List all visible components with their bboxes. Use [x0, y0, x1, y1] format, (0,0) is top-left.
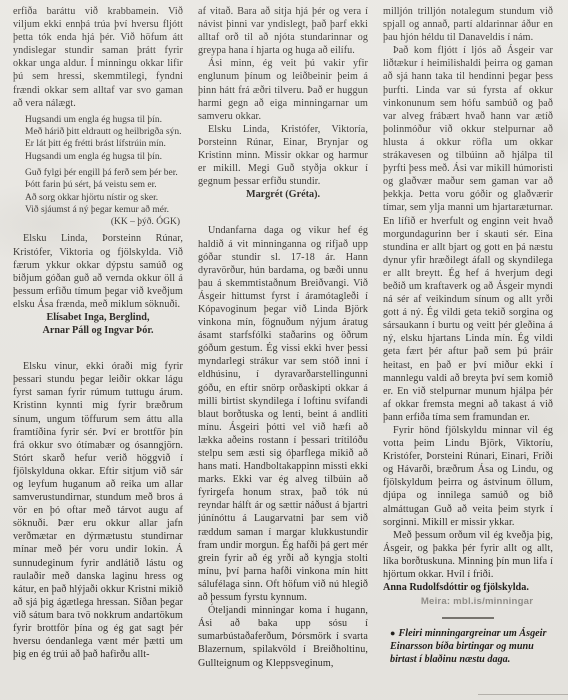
divider-rule: [442, 617, 494, 619]
signature-line: Elísabet Inga, Berglind,: [13, 311, 183, 324]
paragraph: Það kom fljótt í ljós að Ásgeir var liðt…: [383, 44, 553, 424]
poem-line: Þótt farin þú sért, þá veistu sem er.: [25, 179, 183, 191]
text-column-2: af vitað. Bara að sitja hjá þér og vera …: [198, 5, 368, 700]
paragraph: milljón trilljón notalegum stundum við s…: [383, 5, 553, 44]
poem-line: Guð fylgi þér engill þá ferð sem þér ber…: [25, 167, 183, 179]
paragraph: Fyrir hönd fjölskyldu minnar vil ég vott…: [383, 424, 553, 529]
paragraph: Með þessum orðum vil ég kveðja þig, Ásge…: [383, 529, 553, 581]
poem-line: Er lát þitt ég frétti brást lífstrúin mí…: [25, 138, 183, 150]
poem-line: Að sorg okkar hjörtu nístir og sker.: [25, 192, 183, 204]
paragraph: Elsku Linda, Kristófer, Viktoría, Þorste…: [198, 123, 368, 188]
signature: Anna Rudolfsdóttir og fjölskylda.: [383, 581, 553, 594]
editor-note: ●Fleiri minningargreinar um Ásgeir Einar…: [383, 627, 553, 666]
bullet-icon: ●: [390, 628, 395, 638]
newspaper-page: erfiða baráttu við krabbamein. Við vilju…: [0, 0, 568, 700]
poem-line: Hugsandi um engla ég hugsa til þín.: [25, 114, 183, 126]
more-link: Meira: mbl.is/minningar: [383, 596, 553, 607]
paragraph: Undanfarna daga og vikur hef ég haldið á…: [198, 224, 368, 604]
text-column-3: milljón trilljón notalegum stundum við s…: [383, 5, 553, 700]
paragraph: af vitað. Bara að sitja hjá þér og vera …: [198, 5, 368, 57]
signature: Elísabet Inga, Berglind, Arnar Páll og I…: [13, 311, 183, 337]
page-edge-rule: [478, 694, 568, 695]
poem-stanza: Guð fylgi þér engill þá ferð sem þér ber…: [25, 167, 183, 228]
paragraph: Elsku Linda, Þorsteinn Rúnar, Kristófer,…: [13, 232, 183, 311]
signature-line: Anna Rudolfsdóttir og fjölskylda.: [383, 581, 553, 594]
paragraph: erfiða baráttu við krabbamein. Við vilju…: [13, 5, 183, 110]
paragraph: Ási minn, ég veit þú vakir yfir englunum…: [198, 57, 368, 122]
poem-line: Við sjáumst á ný þegar kemur að mér.: [25, 204, 183, 216]
poem-line: Með hárið þitt eldrautt og heilbrigða sý…: [25, 126, 183, 138]
poem-line: Hugsandi um engla ég hugsa til þín.: [25, 151, 183, 163]
signature-line: Margrét (Gréta).: [198, 188, 368, 201]
text-column-1: erfiða baráttu við krabbamein. Við vilju…: [13, 5, 183, 700]
paragraph: Elsku vinur, ekki óraði mig fyrir þessar…: [13, 360, 183, 661]
poem-attribution: (KK – þýð. ÓGK): [25, 216, 183, 228]
editor-note-text: Fleiri minningargreinar um Ásgeir Einars…: [390, 628, 546, 665]
signature: Margrét (Gréta).: [198, 188, 368, 201]
poem-stanza: Hugsandi um engla ég hugsa til þín. Með …: [25, 114, 183, 163]
paragraph: Óteljandi minningar koma í hugann, Ási a…: [198, 604, 368, 669]
signature-line: Arnar Páll og Ingvar Þór.: [13, 324, 183, 337]
